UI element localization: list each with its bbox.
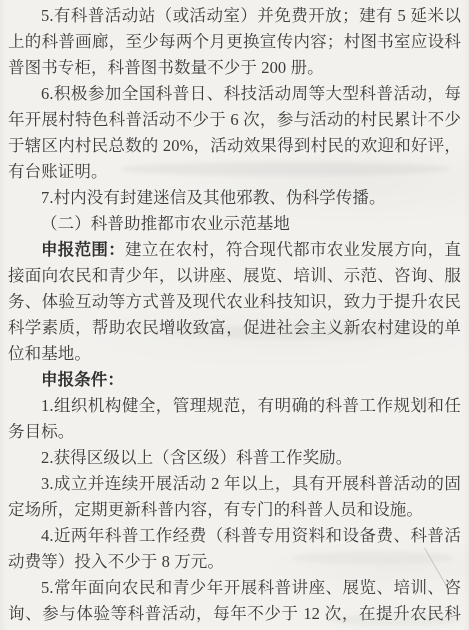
paragraph-condition-5: 5.常年面向农民和青少年开展科普讲座、展览、培训、咨询、参与体验等科普活动，每年…	[8, 575, 461, 627]
document-text-block: 5.有科普活动站（或活动室）并免费开放；建有 5 延米以上的科普画廊，至少每两个…	[0, 0, 469, 627]
paragraph-condition-2: 2.获得区级以上（含区级）科普工作奖励。	[8, 445, 461, 471]
scanned-document-page: 5.有科普活动站（或活动室）并免费开放；建有 5 延米以上的科普画廊，至少每两个…	[0, 0, 469, 630]
paragraph-item-6: 6.积极参加全国科普日、科技活动周等大型科普活动，每年开展村特色科普活动不少于 …	[8, 81, 461, 185]
paragraph-item-7: 7.村内没有封建迷信及其他邪教、伪科学传播。	[8, 185, 461, 211]
application-scope-label: 申报范围：	[41, 240, 125, 259]
paragraph-application-scope: 申报范围：建立在农村，符合现代都市农业发展方向，直接面向农民和青少年，以讲座、展…	[8, 237, 461, 367]
paragraph-condition-4: 4.近两年科普工作经费（科普专用资料和设备费、科普活动费等）投入不少于 8 万元…	[8, 523, 461, 575]
application-conditions-label: 申报条件：	[8, 367, 461, 393]
paragraph-condition-3: 3.成立并连续开展活动 2 年以上，具有开展科普活动的固定场所，定期更新科普内容…	[8, 471, 461, 523]
paragraph-item-5: 5.有科普活动站（或活动室）并免费开放；建有 5 延米以上的科普画廊，至少每两个…	[8, 3, 461, 81]
paragraph-condition-1: 1.组织机构健全，管理规范，有明确的科普工作规划和任务目标。	[8, 393, 461, 445]
section-heading: （二）科普助推都市农业示范基地	[8, 211, 461, 237]
